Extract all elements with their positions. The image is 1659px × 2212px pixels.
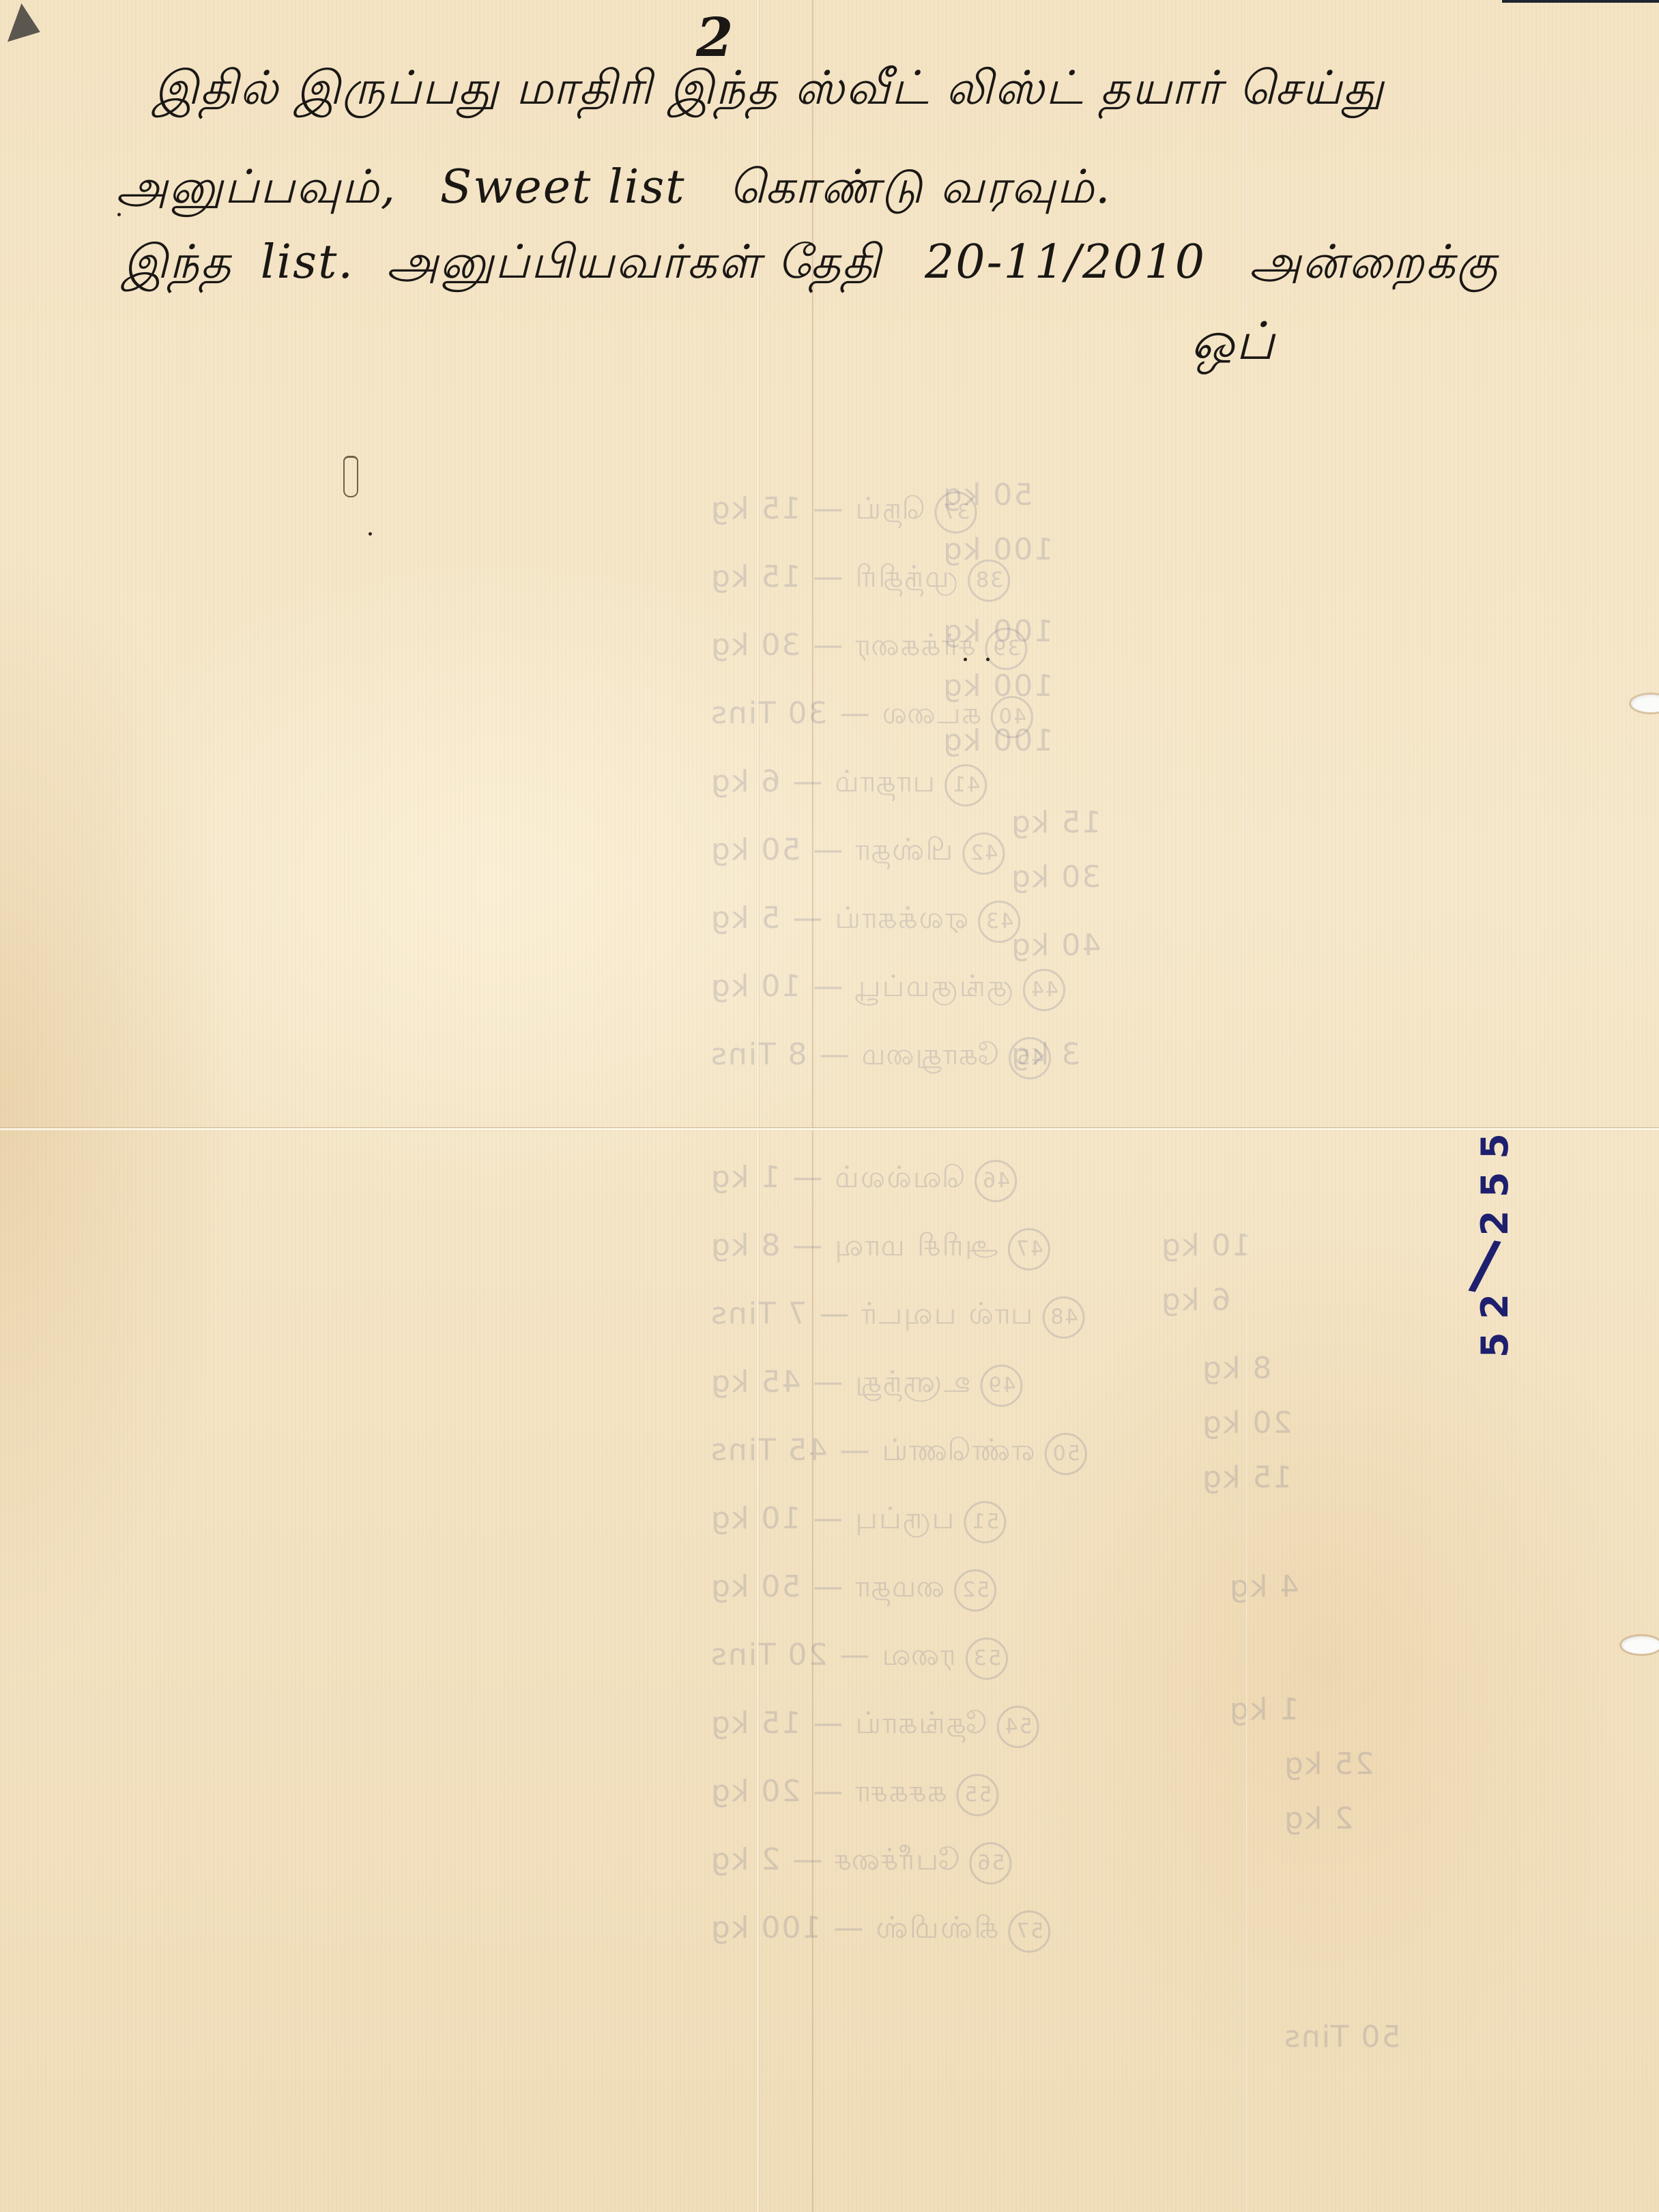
bleed-value: 8 kg bbox=[1201, 1351, 1271, 1386]
bleed-value: 25 kg bbox=[1283, 1747, 1374, 1781]
ink-speck bbox=[986, 658, 990, 661]
bleed-value: 100 kg bbox=[942, 669, 1053, 703]
corner-ink-mark bbox=[8, 3, 47, 51]
bleed-item: 45கோதுமை — 8 Tins bbox=[710, 1037, 1051, 1079]
scan-edge bbox=[1502, 0, 1659, 3]
annotation-slash: / bbox=[1467, 1225, 1503, 1304]
bleed-value: 1 kg bbox=[1228, 1692, 1299, 1727]
bleed-item: 47அரிசி மாவு — 8 kg bbox=[710, 1228, 1050, 1270]
bleed-item: 48பால் பவுடர் — 7 Tins bbox=[710, 1296, 1085, 1339]
bleed-value: 50 kg bbox=[942, 478, 1033, 512]
bleed-item: 50எண்ணெய் — 45 Tins bbox=[710, 1433, 1087, 1475]
bleed-value: 2 kg bbox=[1283, 1801, 1353, 1836]
bleed-value: 100 kg bbox=[942, 614, 1053, 649]
bleed-item: 52மைதா — 50 kg bbox=[710, 1569, 996, 1612]
bleed-value: 3 kg bbox=[1010, 1037, 1080, 1072]
line-2-english: Sweet list bbox=[440, 160, 686, 214]
page-number: 2 bbox=[696, 7, 734, 69]
signature-initials: ஒப் bbox=[1191, 310, 1275, 379]
letter-line-2: அனுப்பவும், Sweet list கொண்டு வரவும். bbox=[116, 160, 1112, 220]
punch-hole-top bbox=[1631, 695, 1659, 712]
bleed-item: 44குங்குமப்பூ — 10 kg bbox=[710, 969, 1065, 1011]
line-3-tamil-middle: அனுப்பியவர்கள் தேதி bbox=[387, 235, 882, 289]
line-3-date: 20-11/2010 bbox=[925, 235, 1206, 289]
blue-ink-annotation: 5 2 / 2 5 5 bbox=[1447, 1133, 1523, 1358]
bleed-item: 42பிஸ்தா — 50 kg bbox=[710, 832, 1005, 875]
line-3-tamil-suffix: அன்றைக்கு bbox=[1250, 235, 1499, 289]
letter-line-1: இதில் இருப்பது மாதிரி இந்த ஸ்வீட் லிஸ்ட்… bbox=[154, 61, 1385, 121]
bleed-value: 40 kg bbox=[1010, 928, 1101, 963]
ink-speck bbox=[964, 658, 967, 661]
document-page: 37நெய் — 15 kg 38முந்திரி — 15 kg 39சர்க… bbox=[0, 0, 1659, 2212]
line-3-english: list. bbox=[261, 235, 354, 289]
annotation-left: 5 bbox=[1473, 1332, 1516, 1358]
bleed-value: 10 kg bbox=[1160, 1228, 1251, 1263]
bleed-value: 4 kg bbox=[1228, 1569, 1299, 1604]
line-3-tamil-prefix: இந்த bbox=[123, 235, 232, 289]
bleed-item: 53ரவை — 20 Tins bbox=[710, 1638, 1008, 1680]
vertical-fold-line bbox=[756, 0, 760, 2212]
line-2-tamil-suffix: கொண்டு வரவும். bbox=[729, 160, 1111, 214]
bleed-value: 6 kg bbox=[1160, 1283, 1230, 1318]
vertical-crease bbox=[812, 0, 813, 2212]
stray-ink-mark bbox=[343, 456, 358, 497]
bleed-value: 50 Tins bbox=[1283, 2020, 1401, 2054]
horizontal-fold-line bbox=[0, 1127, 1659, 1131]
ink-speck bbox=[369, 532, 372, 536]
bleed-item: 51பருப்பு — 10 kg bbox=[710, 1501, 1006, 1543]
punch-hole-bottom bbox=[1621, 1636, 1659, 1654]
annotation-right: 2 5 5 bbox=[1473, 1133, 1516, 1236]
bleed-value: 30 kg bbox=[1010, 860, 1101, 894]
letter-line-3: இந்த list. அனுப்பியவர்கள் தேதி 20-11/201… bbox=[123, 235, 1499, 295]
bleed-item: 41பாதாம் — 6 kg bbox=[710, 764, 987, 806]
bleed-value: 15 kg bbox=[1010, 805, 1101, 840]
bleed-value: 100 kg bbox=[942, 723, 1053, 758]
bleed-item: 55கசகசா — 20 kg bbox=[710, 1774, 998, 1816]
bleed-item: 57கிஸ்மிஸ் — 100 kg bbox=[710, 1910, 1050, 1953]
bleed-item: 37நெய் — 15 kg bbox=[710, 491, 977, 534]
line-2-tamil-prefix: அனுப்பவும், bbox=[116, 160, 396, 214]
bleed-value: 100 kg bbox=[942, 532, 1053, 567]
bleed-item: 56பேரீச்சை — 2 kg bbox=[710, 1842, 1011, 1884]
